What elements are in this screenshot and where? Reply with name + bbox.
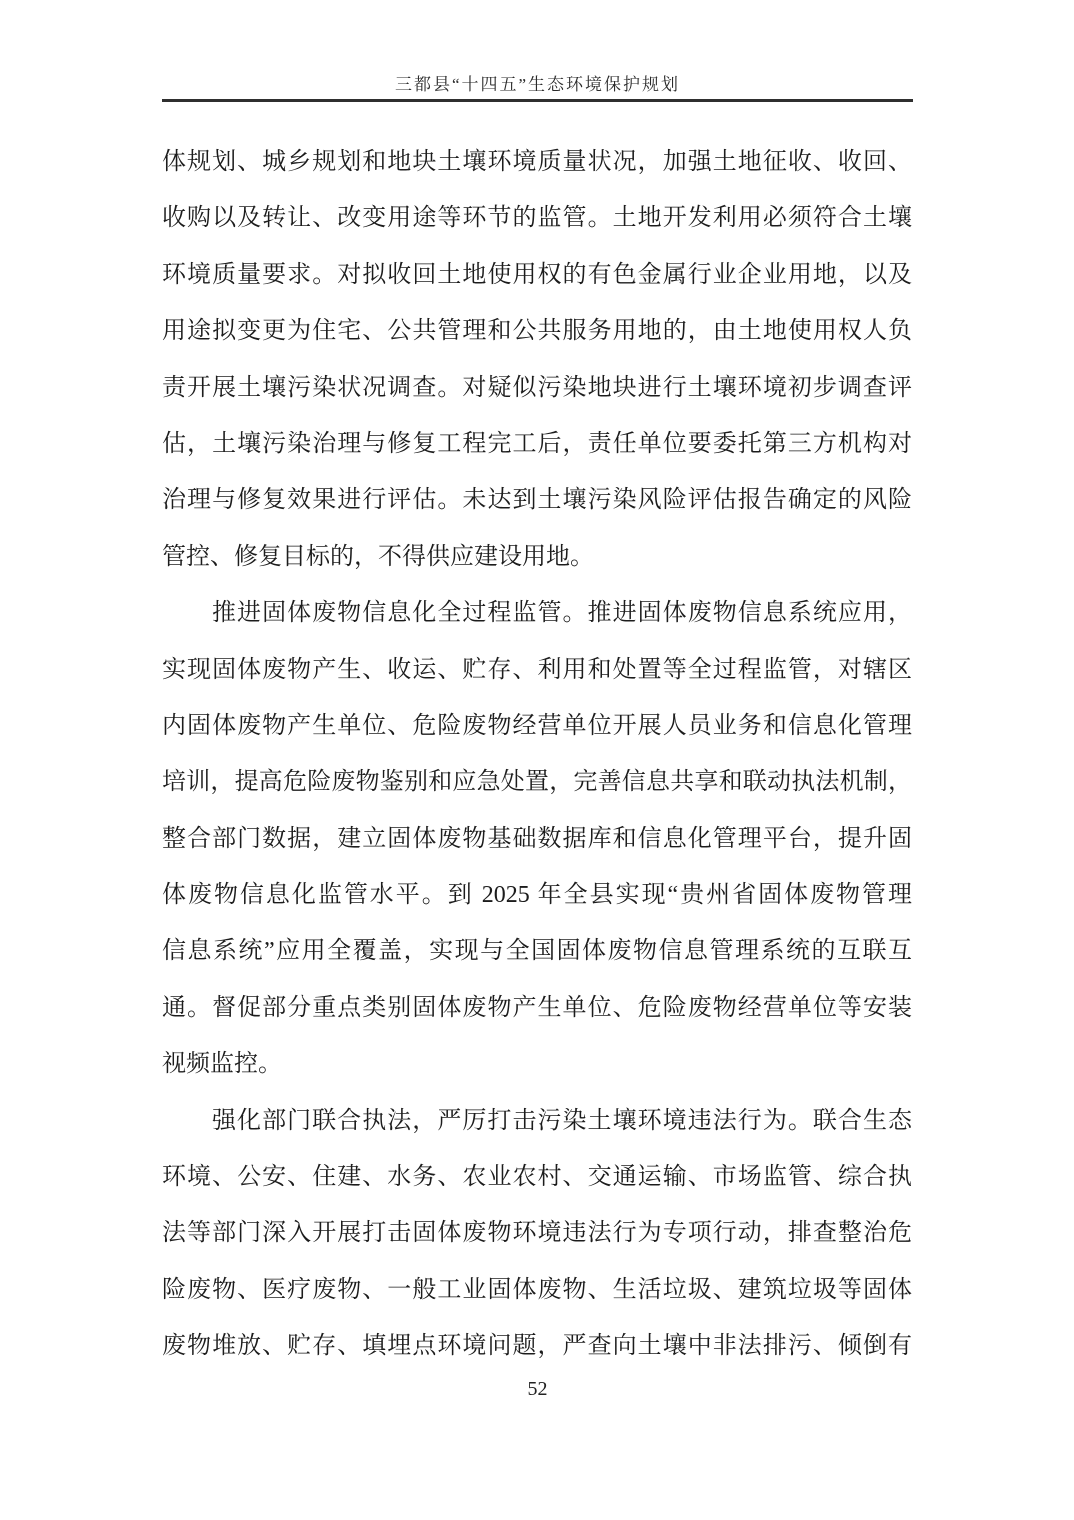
text-line: 通。督促部分重点类别固体废物产生单位、危险废物经营单位等安装 <box>162 980 912 1036</box>
text-line: 废物堆放、贮存、填埋点环境问题，严查向土壤中非法排污、倾倒有 <box>162 1318 912 1374</box>
text-line: 险废物、医疗废物、一般工业固体废物、生活垃圾、建筑垃圾等固体 <box>162 1262 912 1318</box>
document-body: 体规划、城乡规划和地块土壤环境质量状况，加强土地征收、收回、收购以及转让、改变用… <box>162 134 913 1375</box>
text-line: 整合部门数据，建立固体废物基础数据库和信息化管理平台，提升固 <box>162 811 912 867</box>
text-line: 法等部门深入开展打击固体废物环境违法行为专项行动，排查整治危 <box>162 1205 912 1261</box>
text-line: 管控、修复目标的，不得供应建设用地。 <box>162 529 912 585</box>
text-line: 责开展土壤污染状况调查。对疑似污染地块进行土壤环境初步调查评 <box>162 360 912 416</box>
text-line: 信息系统”应用全覆盖，实现与全国固体废物信息管理系统的互联互 <box>162 923 912 979</box>
text-line: 实现固体废物产生、收运、贮存、利用和处置等全过程监管，对辖区 <box>162 642 912 698</box>
text-line: 体废物信息化监管水平。到 2025 年全县实现“贵州省固体废物管理 <box>162 867 912 923</box>
page-header: 三都县“十四五”生态环境保护规划 <box>162 0 913 103</box>
text-line: 视频监控。 <box>162 1036 912 1092</box>
text-line: 体规划、城乡规划和地块土壤环境质量状况，加强土地征收、收回、 <box>162 134 912 190</box>
text-line: 环境、公安、住建、水务、农业农村、交通运输、市场监管、综合执 <box>162 1149 912 1205</box>
text-line: 内固体废物产生单位、危险废物经营单位开展人员业务和信息化管理 <box>162 698 912 754</box>
text-line: 推进固体废物信息化全过程监管。推进固体废物信息系统应用， <box>162 585 912 641</box>
paragraph: 推进固体废物信息化全过程监管。推进固体废物信息系统应用，实现固体废物产生、收运、… <box>162 585 913 1093</box>
header-title: 三都县“十四五”生态环境保护规划 <box>162 70 913 95</box>
page-number: 52 <box>162 1378 913 1401</box>
text-line: 培训，提高危险废物鉴别和应急处置，完善信息共享和联动执法机制， <box>162 754 912 810</box>
header-divider <box>162 99 913 102</box>
document-page: 三都县“十四五”生态环境保护规划 体规划、城乡规划和地块土壤环境质量状况，加强土… <box>0 0 1074 1520</box>
paragraph: 体规划、城乡规划和地块土壤环境质量状况，加强土地征收、收回、收购以及转让、改变用… <box>162 134 913 585</box>
text-line: 治理与修复效果进行评估。未达到土壤污染风险评估报告确定的风险 <box>162 472 912 528</box>
text-line: 估，土壤污染治理与修复工程完工后，责任单位要委托第三方机构对 <box>162 416 912 472</box>
text-line: 用途拟变更为住宅、公共管理和公共服务用地的，由土地使用权人负 <box>162 303 912 359</box>
paragraph: 强化部门联合执法，严厉打击污染土壤环境违法行为。联合生态环境、公安、住建、水务、… <box>162 1093 913 1375</box>
text-line: 收购以及转让、改变用途等环节的监管。土地开发利用必须符合土壤 <box>162 190 912 246</box>
text-line: 环境质量要求。对拟收回土地使用权的有色金属行业企业用地，以及 <box>162 247 912 303</box>
text-line: 强化部门联合执法，严厉打击污染土壤环境违法行为。联合生态 <box>162 1093 912 1149</box>
